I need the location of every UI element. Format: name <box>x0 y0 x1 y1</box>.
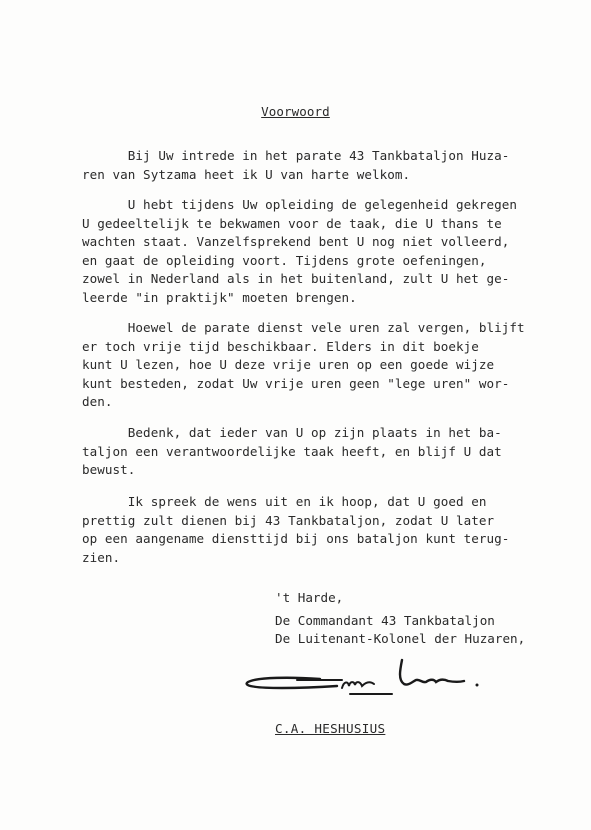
paragraph-training: U hebt tijdens Uw opleiding de gelegenhe… <box>82 196 562 308</box>
rank-line: De Commandant 43 Tankbataljon <box>275 613 495 628</box>
paragraph-line: Bedenk, dat ieder van U op zijn plaats i… <box>82 425 502 440</box>
paragraph-wishes: Ik spreek de wens uit en ik hoop, dat U … <box>82 493 562 567</box>
paragraph-line: en gaat de opleiding voort. Tijdens grot… <box>82 253 487 268</box>
paragraph-line: wachten staat. Vanzelfsprekend bent U no… <box>82 234 509 249</box>
paragraph-line: er toch vrije tijd beschikbaar. Elders i… <box>82 339 479 354</box>
paragraph-line: Bij Uw intrede in het parate 43 Tankbata… <box>82 148 509 163</box>
signatory-name: C.A. HESHUSIUS <box>275 721 385 736</box>
paragraph-line: Ik spreek de wens uit en ik hoop, dat U … <box>82 494 487 509</box>
paragraph-line: leerde "in praktijk" moeten brengen. <box>82 290 357 305</box>
paragraph-line: bewust. <box>82 462 135 477</box>
paragraph-line: kunt U lezen, hoe U deze vrije uren op e… <box>82 357 494 372</box>
paragraph-line: prettig zult dienen bij 43 Tankbataljon,… <box>82 513 494 528</box>
closing-place: 't Harde, <box>275 589 343 607</box>
paragraph-line: taljon een verantwoordelijke taak heeft,… <box>82 444 502 459</box>
paragraph-line: den. <box>82 394 113 409</box>
closing-rank: De Commandant 43 Tankbataljon De Luitena… <box>275 612 525 647</box>
document-page: Voorwoord Bij Uw intrede in het parate 4… <box>0 0 591 830</box>
paragraph-line: kunt besteden, zodat Uw vrije uren geen … <box>82 376 509 391</box>
paragraph-line: ren van Sytzama heet ik U van harte welk… <box>82 167 410 182</box>
paragraph-welcome: Bij Uw intrede in het parate 43 Tankbata… <box>82 147 562 184</box>
paragraph-responsibility: Bedenk, dat ieder van U op zijn plaats i… <box>82 424 562 480</box>
paragraph-line: zien. <box>82 550 120 565</box>
paragraph-line: zowel in Nederland als in het buitenland… <box>82 271 509 286</box>
rank-line: De Luitenant-Kolonel der Huzaren, <box>275 631 525 646</box>
paragraph-line: U gedeeltelijk te bekwamen voor de taak,… <box>82 216 502 231</box>
paragraph-free-time: Hoewel de parate dienst vele uren zal ve… <box>82 319 562 412</box>
document-title: Voorwoord <box>0 104 591 119</box>
paragraph-line: op een aangename diensttijd bij ons bata… <box>82 531 509 546</box>
signature-icon <box>242 655 522 715</box>
paragraph-line: Hoewel de parate dienst vele uren zal ve… <box>82 320 525 335</box>
paragraph-line: U hebt tijdens Uw opleiding de gelegenhe… <box>82 197 517 212</box>
